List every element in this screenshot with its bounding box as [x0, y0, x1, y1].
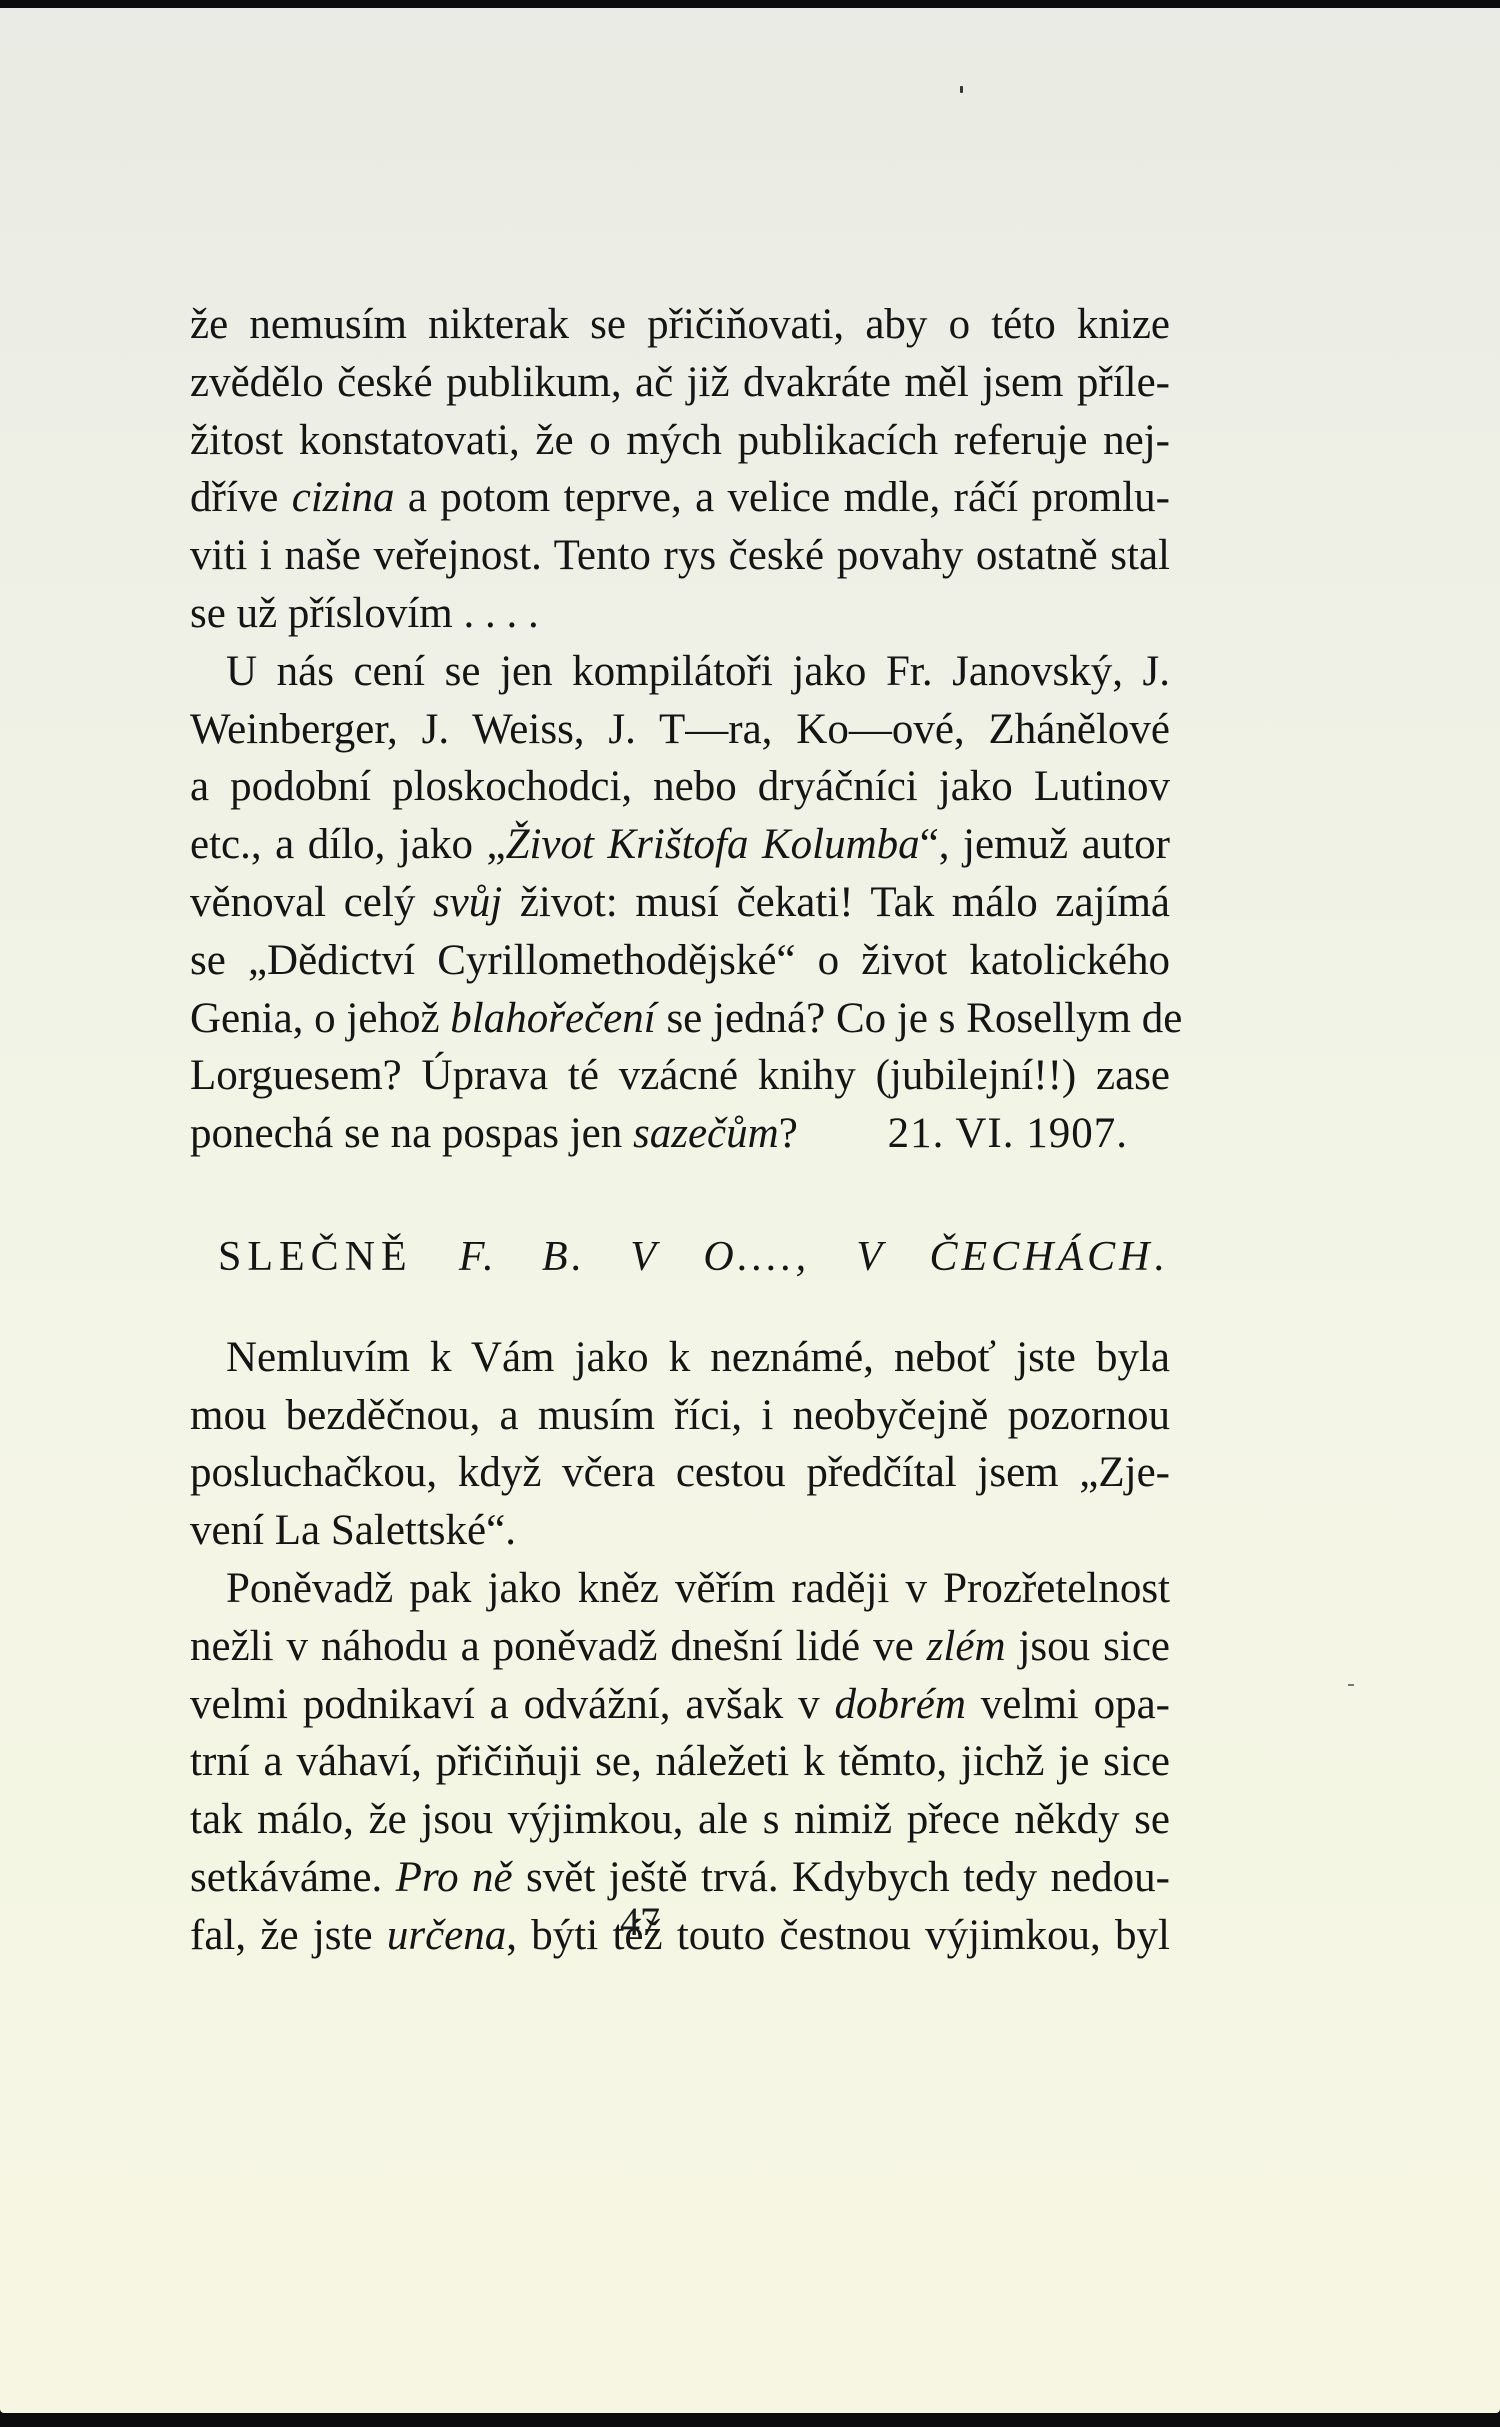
text-line: viti i naše veřejnost. Tento rys české p… [190, 527, 1170, 585]
text-line: posluchačkou, když včera cestou předčíta… [190, 1444, 1170, 1502]
text-run: nežli v náhodu a poněvadž dnešní lidé ve [190, 1623, 927, 1670]
text-run: svět ještě trvá. Kdybych tedy nedou- [513, 1854, 1170, 1901]
body-text: že nemusím nikterak se přičiňovati, aby … [190, 296, 1170, 1965]
italic-emphasis: blahořečení [450, 995, 655, 1042]
heading-period: . [1154, 1234, 1171, 1280]
text-line: zvědělo české publikum, ač již dvakráte … [190, 354, 1170, 412]
paper-speck [1348, 1684, 1354, 1686]
italic-emphasis: cizina [292, 474, 395, 521]
text-run: Genia, o jehož [190, 995, 450, 1042]
text-run: věnoval celý [190, 879, 433, 926]
paragraph-start: Poněvadž pak jako kněz věřím raději v Pr… [190, 1560, 1170, 1618]
text-line: Lorguesem? Úprava té vzácné knihy (jubil… [190, 1047, 1170, 1105]
heading-text: SLEČNĚ [218, 1234, 459, 1280]
text-run: “, jemuž autor [920, 821, 1170, 868]
text-line: ponechá se na pospas jen sazečům? [190, 1105, 798, 1163]
text-line: se už příslovím . . . . [190, 585, 1170, 643]
text-line: vení La Salettské“. [190, 1502, 1170, 1560]
page-number: 47 [0, 1898, 1500, 1945]
italic-emphasis: Pro ně [396, 1854, 513, 1901]
text-line: věnoval celý svůj život: musí čekati! Ta… [190, 874, 1170, 932]
letter-date: 21. VI. 1907. [888, 1105, 1170, 1163]
paragraph-start: U nás cení se jen kompilátoři jako Fr. J… [190, 643, 1170, 701]
closing-line: ponechá se na pospas jen sazečům? 21. VI… [190, 1105, 1170, 1163]
text-line: a podobní ploskochodci, nebo dryáčníci j… [190, 758, 1170, 816]
text-line: dříve cizina a potom teprve, a velice md… [190, 469, 1170, 527]
text-line: žitost konstatovati, že o mých publikací… [190, 412, 1170, 470]
book-title-italic: Život Krištofa Kolumba [506, 821, 920, 868]
text-line: se „Dědictví Cyrillomethodějské“ o život… [190, 932, 1170, 990]
italic-emphasis: sazečům [633, 1110, 779, 1157]
text-run: se jedná? Co je s Rosellym de [656, 995, 1183, 1042]
paper-speck [960, 86, 963, 93]
text-run: setkáváme. [190, 1854, 396, 1901]
text-run: velmi opa- [966, 1681, 1170, 1728]
heading-space [810, 1234, 856, 1280]
text-line: že nemusím nikterak se přičiňovati, aby … [190, 296, 1170, 354]
italic-emphasis: svůj [433, 879, 502, 926]
paragraph-start: Nemluvím k Vám jako k neznámé, neboť jst… [190, 1329, 1170, 1387]
text-line: velmi podnikaví a odvážní, avšak v dobré… [190, 1676, 1170, 1734]
text-line: trní a váhaví, přičiňuji se, náležeti k … [190, 1733, 1170, 1791]
text-run: a potom teprve, a velice mdle, ráčí prom… [394, 474, 1170, 521]
text-line: tak málo, že jsou výjimkou, ale s nimiž … [190, 1791, 1170, 1849]
text-line: Weinberger, J. Weiss, J. T—ra, Ko—ové, Z… [190, 701, 1170, 759]
text-run: ? [779, 1110, 798, 1157]
text-run: etc., a dílo, jako „ [190, 821, 506, 868]
text-run: dříve [190, 474, 292, 521]
text-run: ponechá se na pospas jen [190, 1110, 633, 1157]
text-line: Genia, o jehož blahořečení se jedná? Co … [190, 990, 1170, 1048]
italic-emphasis: zlém [927, 1623, 1006, 1670]
text-run: život: musí čekati! Tak málo zajímá [502, 879, 1170, 926]
text-line: etc., a dílo, jako „Život Krištofa Kolum… [190, 816, 1170, 874]
text-line: nežli v náhodu a poněvadž dnešní lidé ve… [190, 1618, 1170, 1676]
heading-place: V ČECHÁCH [856, 1234, 1153, 1280]
book-page: že nemusím nikterak se přičiňovati, aby … [0, 8, 1500, 2413]
italic-emphasis: dobrém [835, 1681, 966, 1728]
section-heading: SLEČNĚ F. B. V O...., V ČECHÁCH. [190, 1229, 1170, 1287]
text-line: mou bezděčnou, a musím říci, i neobyčejn… [190, 1387, 1170, 1445]
heading-initials: F. B. V O...., [459, 1234, 810, 1280]
text-run: velmi podnikaví a odvážní, avšak v [190, 1681, 835, 1728]
text-run: jsou sice [1006, 1623, 1171, 1670]
